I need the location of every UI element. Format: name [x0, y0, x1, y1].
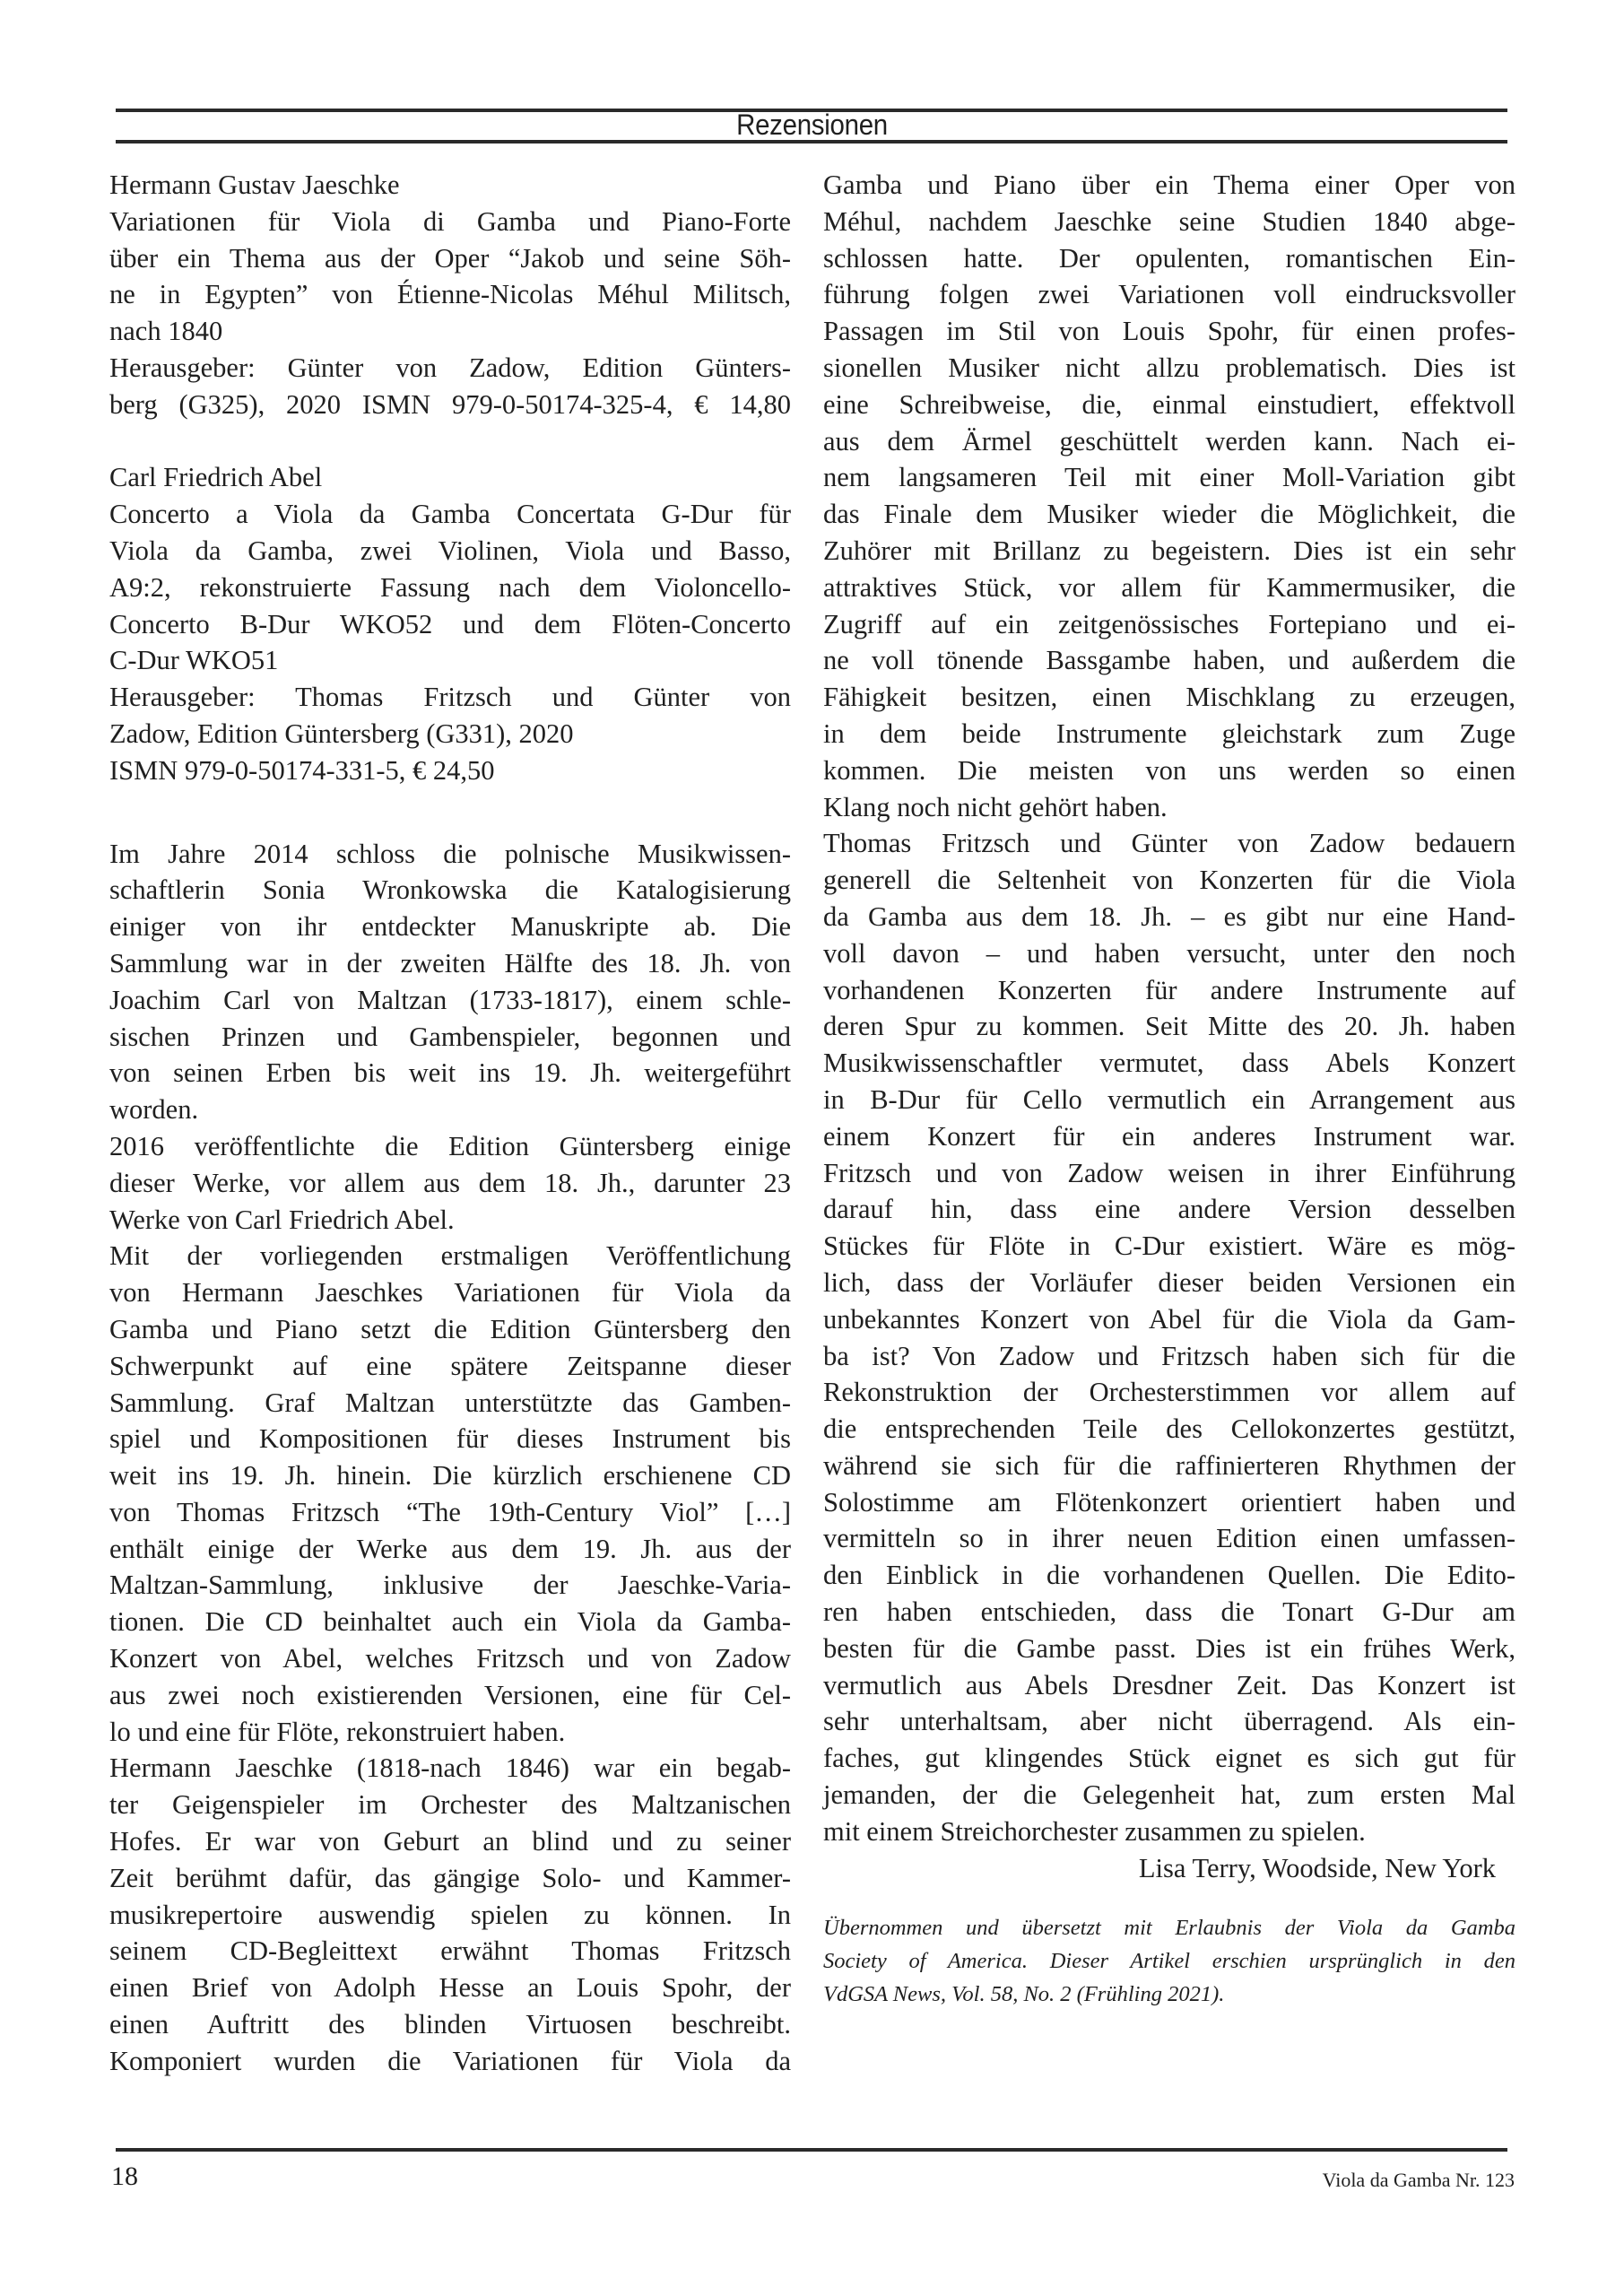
body-line: aus zwei noch existierenden Versionen, e… [109, 1677, 791, 1714]
work-title-line: ne in Egypten” von Étienne-Nicolas Méhul… [109, 276, 791, 313]
work-title-line: A9:2, rekonstruierte Fassung nach dem Vi… [109, 570, 791, 606]
body-line: Konzert von Abel, welches Fritzsch und v… [109, 1640, 791, 1677]
body-line: Maltzan-Sammlung, inklusive der Jaeschke… [109, 1567, 791, 1604]
body-line: einiger von ihr entdeckter Manuskripte a… [109, 909, 791, 945]
body-line: Mit der vorliegenden erstmaligen Veröffe… [109, 1238, 791, 1274]
body-line: sehr unterhaltsam, aber nicht überragend… [823, 1703, 1515, 1740]
body-line: schlossen hatte. Der opulenten, romantis… [823, 240, 1515, 277]
body-line: das Finale dem Musiker wieder die Möglic… [823, 496, 1515, 533]
publisher-line: Herausgeber: Günter von Zadow, Edition G… [109, 350, 791, 387]
body-line: Fähigkeit besitzen, einen Mischklang zu … [823, 679, 1515, 716]
body-line: Sammlung war in der zweiten Hälfte des 1… [109, 945, 791, 982]
body-line: Sammlung. Graf Maltzan unterstützte das … [109, 1385, 791, 1422]
body-line: einen Auftritt des blinden Virtuosen bes… [109, 2006, 791, 2043]
body-line: den Einblick in die vorhandenen Quellen.… [823, 1557, 1515, 1594]
body-line: lich, dass der Vorläufer dieser beiden V… [823, 1265, 1515, 1301]
publisher-line: Zadow, Edition Güntersberg (G331), 2020 [109, 716, 791, 752]
body-line: aus dem Ärmel geschüttelt werden kann. N… [823, 423, 1515, 460]
review-body-right: Gamba und Piano über ein Thema einer Ope… [823, 167, 1515, 1850]
right-column: Gamba und Piano über ein Thema einer Ope… [823, 167, 1515, 2011]
body-line: Schwerpunkt auf eine spätere Zeitspanne … [109, 1348, 791, 1385]
body-line: von Hermann Jaeschkes Variationen für Vi… [109, 1274, 791, 1311]
body-line: besten für die Gambe passt. Dies ist ein… [823, 1631, 1515, 1667]
publisher-line: ISMN 979-0-50174-331-5, € 24,50 [109, 752, 791, 789]
body-line: attraktives Stück, vor allem für Kammerm… [823, 570, 1515, 606]
body-line: ren haben entschieden, dass die Tonart G… [823, 1594, 1515, 1631]
work-title-line: nach 1840 [109, 313, 791, 350]
body-line: ter Geigenspieler im Orchester des Maltz… [109, 1787, 791, 1823]
review-entry-jaeschke: Hermann Gustav Jaeschke Variationen für … [109, 167, 791, 423]
work-title-line: Concerto B-Dur WKO52 und dem Flöten-Conc… [109, 606, 791, 643]
body-line: von seinen Erben bis weit ins 19. Jh. we… [109, 1055, 791, 1091]
spacer [109, 789, 791, 836]
body-line: Hofes. Er war von Geburt an blind und zu… [109, 1823, 791, 1860]
body-line: vermitteln so in ihrer neuen Edition ein… [823, 1520, 1515, 1557]
body-line: einen Brief von Adolph Hesse an Louis Sp… [109, 1970, 791, 2006]
body-line: deren Spur zu kommen. Seit Mitte des 20.… [823, 1008, 1515, 1045]
body-line: kommen. Die meisten von uns werden so ei… [823, 752, 1515, 789]
body-line: vermutlich aus Abels Dresdner Zeit. Das … [823, 1667, 1515, 1704]
body-line: dieser Werke, vor allem aus dem 18. Jh.,… [109, 1165, 791, 1202]
review-body-left: Im Jahre 2014 schloss die polnische Musi… [109, 836, 791, 2080]
body-line: Stückes für Flöte in C-Dur existiert. Wä… [823, 1228, 1515, 1265]
body-line: Im Jahre 2014 schloss die polnische Musi… [109, 836, 791, 873]
body-line: Thomas Fritzsch und Günter von Zadow bed… [823, 825, 1515, 862]
body-line: Rekonstruktion der Orchesterstimmen vor … [823, 1374, 1515, 1411]
body-line: Zeit berühmt dafür, das gängige Solo- un… [109, 1860, 791, 1897]
body-line: darauf hin, dass eine andere Version des… [823, 1191, 1515, 1228]
body-line: während sie sich für die raffinierteren … [823, 1448, 1515, 1484]
body-line: Gamba und Piano über ein Thema einer Ope… [823, 167, 1515, 204]
body-line: jemanden, der die Gelegenheit hat, zum e… [823, 1777, 1515, 1813]
body-line: Klang noch nicht gehört haben. [823, 789, 1515, 826]
spacer [109, 423, 791, 460]
review-entry-abel: Carl Friedrich Abel Concerto a Viola da … [109, 459, 791, 788]
body-line: sionellen Musiker nicht allzu problemati… [823, 350, 1515, 387]
body-line: Musikwissenschaftler vermutet, dass Abel… [823, 1045, 1515, 1082]
body-line: mit einem Streichorchester zusammen zu s… [823, 1813, 1515, 1850]
body-line: schaftlerin Sonia Wronkowska die Katalog… [109, 872, 791, 909]
body-line: Werke von Carl Friedrich Abel. [109, 1202, 791, 1239]
reviewer-signature: Lisa Terry, Woodside, New York [823, 1850, 1515, 1887]
body-line: Gamba und Piano setzt die Edition Günter… [109, 1311, 791, 1348]
body-line: 2016 veröffentlichte die Edition Günters… [109, 1128, 791, 1165]
header-rule-bottom [116, 140, 1507, 143]
body-line: Zuhörer mit Brillanz zu begeistern. Dies… [823, 533, 1515, 570]
body-line: in dem beide Instrumente gleichstark zum… [823, 716, 1515, 752]
section-title: Rezensionen [65, 109, 1559, 141]
body-line: Solostimme am Flötenkonzert orientiert h… [823, 1484, 1515, 1521]
body-line: von Thomas Fritzsch “The 19th-Century Vi… [109, 1494, 791, 1531]
work-title-line: Variationen für Viola di Gamba und Piano… [109, 204, 791, 240]
body-line: Fritzsch und von Zadow weisen in ihrer E… [823, 1155, 1515, 1192]
body-line: vorhandenen Konzerten für andere Instrum… [823, 972, 1515, 1009]
body-line: eine Schreibweise, die, einmal einstudie… [823, 387, 1515, 423]
body-line: seinem CD-Begleittext erwähnt Thomas Fri… [109, 1933, 791, 1970]
body-line: Zugriff auf ein zeitgenössisches Fortepi… [823, 606, 1515, 643]
journal-issue: Viola da Gamba Nr. 123 [1323, 2169, 1515, 2192]
reprint-note: Übernommen und übersetzt mit Erlaubnis d… [823, 1911, 1515, 2011]
composer-name: Hermann Gustav Jaeschke [109, 167, 791, 204]
body-line: weit ins 19. Jh. hinein. Die kürzlich er… [109, 1457, 791, 1494]
body-line: einem Konzert für ein anderes Instrument… [823, 1118, 1515, 1155]
body-line: musikrepertoire auswendig spielen zu kön… [109, 1897, 791, 1934]
body-line: generell die Seltenheit von Konzerten fü… [823, 862, 1515, 899]
note-line: Übernommen und übersetzt mit Erlaubnis d… [823, 1911, 1515, 1944]
page-number: 18 [111, 2161, 138, 2192]
body-line: in B-Dur für Cello vermutlich ein Arrang… [823, 1082, 1515, 1118]
body-line: voll davon – und haben versucht, unter d… [823, 935, 1515, 972]
work-title-line: Concerto a Viola da Gamba Concertata G-D… [109, 496, 791, 533]
composer-name: Carl Friedrich Abel [109, 459, 791, 496]
body-line: spiel und Kompositionen für dieses Instr… [109, 1421, 791, 1457]
body-line: Méhul, nachdem Jaeschke seine Studien 18… [823, 204, 1515, 240]
body-line: nem langsameren Teil mit einer Moll-Vari… [823, 459, 1515, 496]
body-line: enthält einige der Werke aus dem 19. Jh.… [109, 1531, 791, 1568]
note-line: VdGSA News, Vol. 58, No. 2 (Frühling 202… [823, 1978, 1515, 2011]
body-line: Joachim Carl von Maltzan (1733-1817), ei… [109, 982, 791, 1019]
body-line: tionen. Die CD beinhaltet auch ein Viola… [109, 1604, 791, 1640]
body-line: ne voll tönende Bassgambe haben, und auß… [823, 642, 1515, 679]
body-line: unbekanntes Konzert von Abel für die Vio… [823, 1301, 1515, 1338]
body-line: die entsprechenden Teile des Cellokonzer… [823, 1411, 1515, 1448]
body-line: da Gamba aus dem 18. Jh. – es gibt nur e… [823, 899, 1515, 935]
body-line: führung folgen zwei Variationen voll ein… [823, 276, 1515, 313]
body-line: lo und eine für Flöte, rekonstruiert hab… [109, 1714, 791, 1751]
publisher-line: berg (G325), 2020 ISMN 979-0-50174-325-4… [109, 387, 791, 423]
body-line: sischen Prinzen und Gambenspieler, begon… [109, 1019, 791, 1056]
work-title-line: über ein Thema aus der Oper “Jakob und s… [109, 240, 791, 277]
body-line: faches, gut klingendes Stück eignet es s… [823, 1740, 1515, 1777]
note-line: Society of America. Dieser Artikel ersch… [823, 1944, 1515, 1978]
left-column: Hermann Gustav Jaeschke Variationen für … [109, 167, 791, 2080]
publisher-line: Herausgeber: Thomas Fritzsch und Günter … [109, 679, 791, 716]
work-title-line: C-Dur WKO51 [109, 642, 791, 679]
body-line: worden. [109, 1091, 791, 1128]
body-line: ba ist? Von Zadow und Fritzsch haben sic… [823, 1338, 1515, 1375]
footer-rule [116, 2148, 1507, 2152]
work-title-line: Viola da Gamba, zwei Violinen, Viola und… [109, 533, 791, 570]
body-line: Passagen im Stil von Louis Spohr, für ei… [823, 313, 1515, 350]
body-line: Hermann Jaeschke (1818-nach 1846) war ei… [109, 1750, 791, 1787]
body-line: Komponiert wurden die Variationen für Vi… [109, 2043, 791, 2080]
